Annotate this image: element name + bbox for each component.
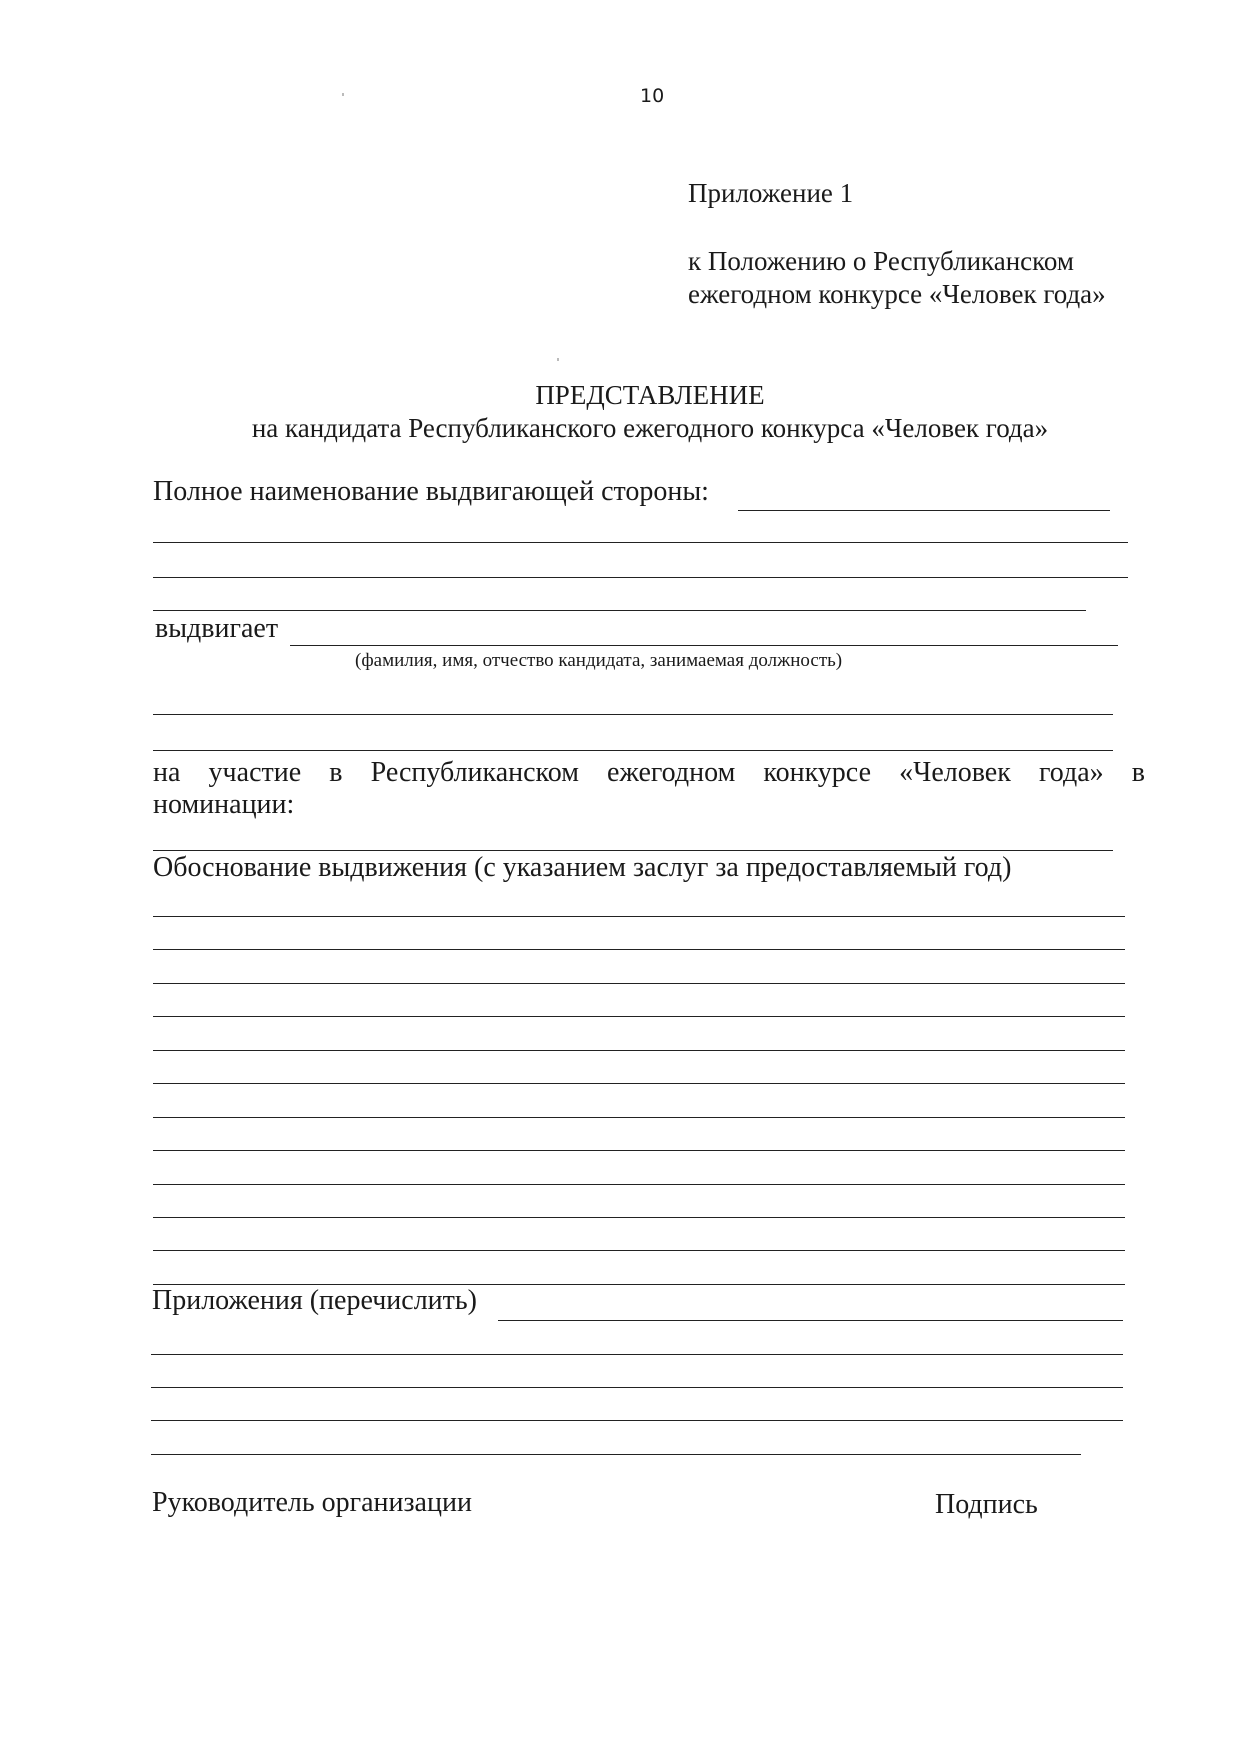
justification-field-line-8[interactable] — [153, 1150, 1125, 1151]
attachments-field-line-4[interactable] — [151, 1420, 1123, 1421]
attachments-field-line-3[interactable] — [151, 1387, 1123, 1388]
attachments-label: Приложения (перечислить) — [152, 1285, 477, 1317]
justification-label: Обоснование выдвижения (с указанием засл… — [153, 852, 1011, 884]
justification-field-line-7[interactable] — [153, 1117, 1125, 1118]
justification-field-line-3[interactable] — [153, 983, 1125, 984]
attachments-field-line-5[interactable] — [151, 1454, 1081, 1455]
appendix-label: Приложение 1 — [688, 178, 853, 209]
justification-field-line-1[interactable] — [153, 916, 1125, 917]
nominating-party-field-line-4[interactable] — [153, 610, 1086, 611]
participation-text: на участие в Республиканском ежегодном к… — [153, 757, 1145, 789]
nominating-party-label: Полное наименование выдвигающей стороны: — [153, 476, 709, 508]
regulation-reference-line1: к Положению о Республиканском — [688, 245, 1106, 278]
nomination-label: номинации: — [153, 789, 294, 821]
nominating-party-field[interactable] — [738, 510, 1110, 511]
nominee-field-line-3[interactable] — [153, 750, 1113, 751]
nominates-label: выдвигает — [155, 613, 278, 645]
scan-speck — [342, 93, 344, 96]
nominee-hint: (фамилия, имя, отчество кандидата, заним… — [355, 650, 842, 672]
nominee-field-line-2[interactable] — [153, 714, 1113, 715]
attachments-field-line-2[interactable] — [151, 1354, 1123, 1355]
signature-label: Подпись — [935, 1489, 1038, 1521]
form-title: ПРЕДСТАВЛЕНИЕ — [0, 380, 1240, 411]
attachments-field[interactable] — [498, 1320, 1123, 1321]
justification-field-line-11[interactable] — [153, 1250, 1125, 1251]
nomination-field[interactable] — [153, 850, 1113, 851]
justification-field-line-2[interactable] — [153, 949, 1125, 950]
justification-field-line-9[interactable] — [153, 1184, 1125, 1185]
nominating-party-field-line-3[interactable] — [153, 577, 1128, 578]
page-number: 10 — [640, 85, 664, 107]
justification-field-line-5[interactable] — [153, 1050, 1125, 1051]
form-subtitle: на кандидата Республиканского ежегодного… — [0, 413, 1240, 444]
regulation-reference: к Положению о Республиканском ежегодном … — [688, 245, 1106, 311]
head-of-organization-label: Руководитель организации — [152, 1487, 472, 1519]
nominee-field[interactable] — [290, 645, 1118, 646]
justification-field-line-4[interactable] — [153, 1016, 1125, 1017]
justification-field-line-6[interactable] — [153, 1083, 1125, 1084]
regulation-reference-line2: ежегодном конкурсе «Человек года» — [688, 278, 1106, 311]
scan-speck — [557, 358, 559, 361]
nominating-party-field-line-2[interactable] — [153, 542, 1128, 543]
justification-field-line-10[interactable] — [153, 1217, 1125, 1218]
